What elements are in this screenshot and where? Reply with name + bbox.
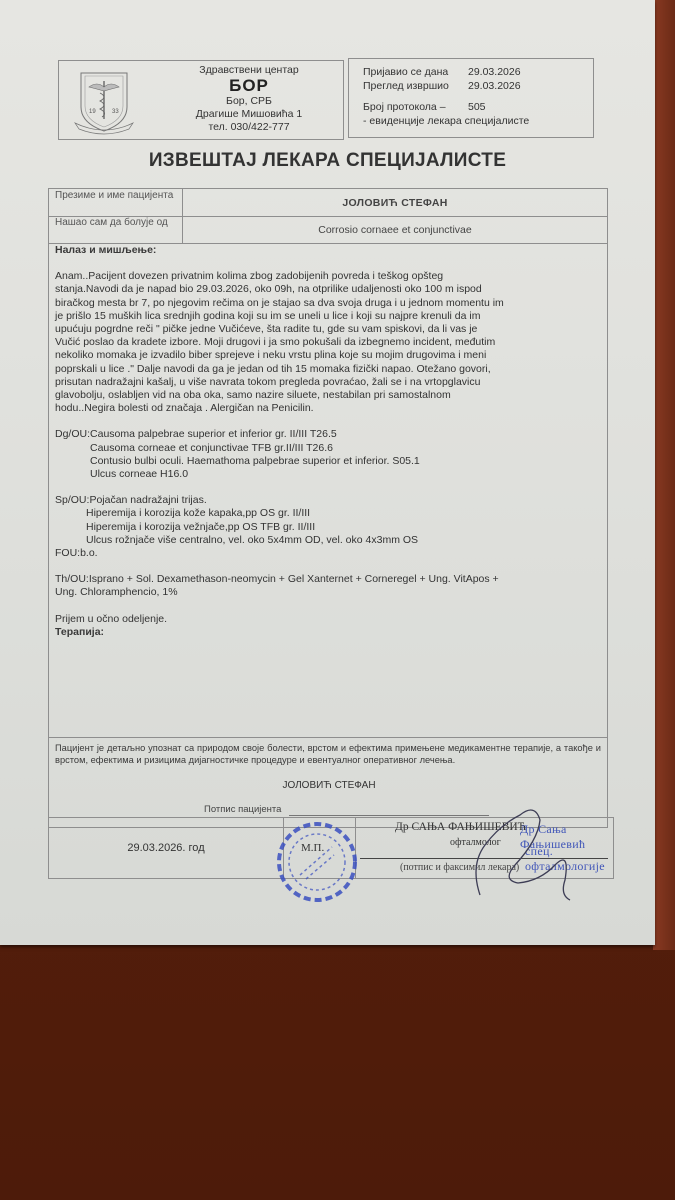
anamnesis-line: Anam..Pacijent dovezen privatnim kolima … [55, 270, 605, 283]
diagnosis-line-1: Causoma corneae et conjunctivae TFB gr.I… [55, 442, 605, 455]
status-line: Sp/OU:Pojačan nadražajni trijas. [55, 494, 605, 507]
anamnesis-line: je prišlo 15 muških lica srednjih godina… [55, 310, 605, 323]
anamnesis-line: Vučić poslao da kradete izbore. Moji dru… [55, 336, 605, 349]
report-title: ИЗВЕШТАЈ ЛЕКАРА СПЕЦИЈАЛИСТЕ [0, 150, 655, 172]
round-stamp-icon [272, 815, 362, 910]
protocol-number: 505 [468, 101, 486, 115]
status-item-2: Ulcus rožnjače više centralno, vel. oko … [55, 534, 605, 547]
patient-name-label: Презиме и име пацијента [49, 189, 183, 216]
anamnesis: Anam..Pacijent dovezen privatnim kolima … [55, 270, 605, 415]
anamnesis-line: biračkog mesta br 7, po njegovim rečima … [55, 297, 605, 310]
report-body: Презиме и име пацијента ЈОЛОВИЋ СТЕФАН Н… [48, 188, 608, 738]
institution-address: Драгише Мишовића 1 [169, 108, 329, 121]
report-date: 29.03.2026. год [49, 818, 284, 878]
patient-name-row: Презиме и име пацијента ЈОЛОВИЋ СТЕФАН [49, 189, 607, 217]
caduceus-shield-icon: 19 33 [67, 67, 141, 135]
institution-phone: тел. 030/422-777 [169, 121, 329, 134]
findings-heading: Налаз и мишљење: [55, 244, 605, 257]
institution-name: БОР [169, 77, 329, 95]
diagnosis-line-2: Contusio bulbi oculi. Haemathoma palpebr… [55, 455, 605, 468]
diagnosis-label: Нашао сам да болује од [49, 216, 183, 243]
anamnesis-line: nekoliko momaka je izvadilo biber spreje… [55, 349, 605, 362]
diagnosis-line-0: Dg/OU:Causoma palpebrae superior et infe… [55, 428, 605, 441]
therapy-heading: Терапија: [55, 626, 605, 639]
registered-label: Пријавио се дана [363, 66, 468, 80]
therapy-line-2: Ung. Chloramphencio, 1% [55, 586, 605, 599]
anamnesis-line: hodu..Negira bolesti od značaja . Alergi… [55, 402, 605, 415]
consent-text: Пацијент је детаљно упознат са природом … [55, 742, 601, 766]
exam-date: 29.03.2026 [468, 80, 521, 94]
svg-text:19: 19 [89, 109, 96, 115]
protocol-note: - евиденције лекара специјалисте [363, 115, 529, 129]
anamnesis-line: glavobolju, oslabljen vid na oba oka, sa… [55, 389, 605, 402]
consent-patient-name: ЈОЛОВИЋ СТЕФАН [49, 780, 609, 791]
institution-header: 19 33 Здравствени центар БОР Бор, СРБ Др… [58, 60, 344, 140]
desk-background [653, 0, 675, 950]
exam-label: Преглед извршио [363, 80, 468, 94]
registration-meta: Пријавио се дана29.03.2026 Преглед изврш… [348, 58, 594, 138]
anamnesis-line: poprskali u lice ." Dalje navodi da ga j… [55, 363, 605, 376]
fundus-finding: FOU:b.o. [55, 547, 605, 560]
anamnesis-line: prisutan nadražajni kašalj, u više navra… [55, 376, 605, 389]
status-item-1: Hiperemija i korozija vežnjače,pp OS TFB… [55, 521, 605, 534]
diagnosis-row: Нашао сам да болује од Corrosio cornaee … [49, 216, 607, 244]
patient-name: ЈОЛОВИЋ СТЕФАН [183, 189, 607, 216]
institution-city: Бор, СРБ [169, 95, 329, 108]
therapy-line-1: Th/OU:Isprano + Sol. Dexamethason-neomyc… [55, 573, 605, 586]
svg-text:33: 33 [112, 109, 119, 115]
registered-date: 29.03.2026 [468, 66, 521, 80]
diagnosis-line-3: Ulcus corneae H16.0 [55, 468, 605, 481]
findings-section: Налаз и мишљење: Anam..Pacijent dovezen … [55, 246, 605, 639]
handwritten-signature-icon [420, 795, 590, 905]
diagnosis-value: Corrosio cornaee et conjunctivae [183, 216, 607, 243]
medical-report-paper: 19 33 Здравствени центар БОР Бор, СРБ Др… [0, 0, 655, 945]
admission-note: Prijem u očno odeljenje. [55, 613, 605, 626]
anamnesis-line: upućuju pogrdne reči " pičke jedne Vučić… [55, 323, 605, 336]
status-item-0: Hiperemija i korozija kože kapaka,pp OS … [55, 507, 605, 520]
patient-signature-label: Потпис пацијента [204, 804, 281, 815]
anamnesis-line: stanja.Navodi da je napad bio 29.03.2026… [55, 283, 605, 296]
protocol-label: Број протокола – [363, 101, 468, 115]
